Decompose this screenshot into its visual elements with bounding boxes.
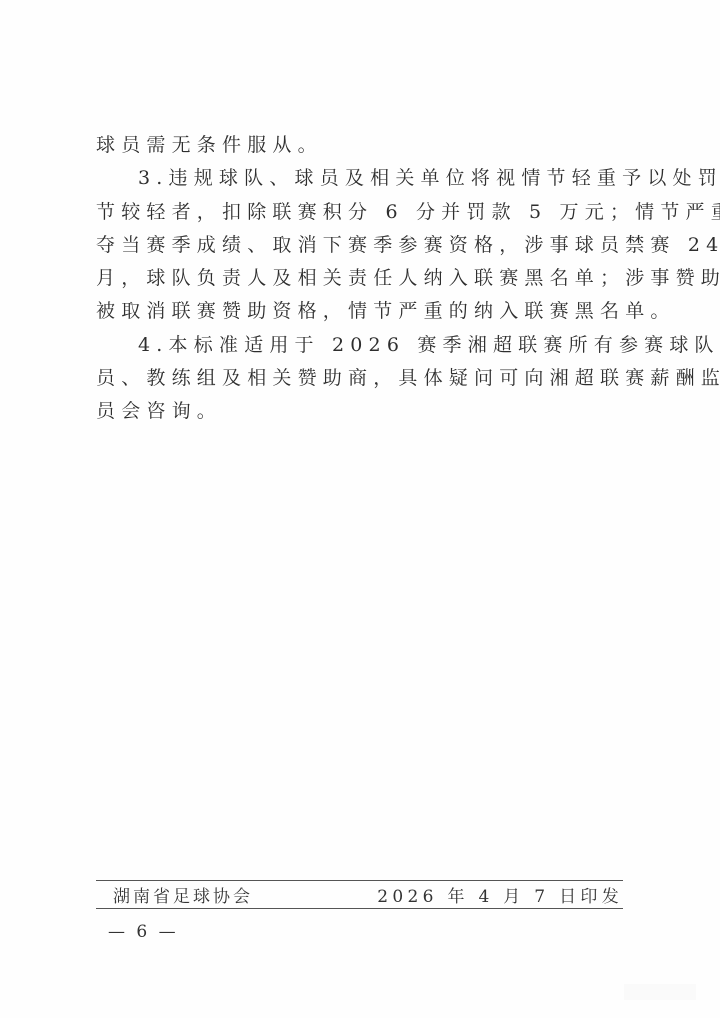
paragraph-item-3-line: 被取消联赛赞助资格，情节严重的纳入联赛黑名单。 bbox=[96, 295, 624, 328]
page-number: — 6 — bbox=[108, 921, 179, 943]
paragraph-item-4-line: 4.本标准适用于 2026 赛季湘超联赛所有参赛球队、球 bbox=[96, 329, 624, 362]
document-body: 球员需无条件服从。 3.违规球队、球员及相关单位将视情节轻重予以处罚：情 节较轻… bbox=[96, 129, 624, 429]
document-page: 球员需无条件服从。 3.违规球队、球员及相关单位将视情节轻重予以处罚：情 节较轻… bbox=[0, 0, 720, 1018]
paragraph-continuation-line: 球员需无条件服从。 bbox=[96, 129, 624, 162]
paragraph-item-3-line: 3.违规球队、球员及相关单位将视情节轻重予以处罚：情 bbox=[96, 162, 624, 195]
footer-issuer: 湖南省足球协会 bbox=[113, 886, 253, 908]
paragraph-item-3-line: 节较轻者，扣除联赛积分 6 分并罚款 5 万元；情节严重者，剥 bbox=[96, 196, 624, 229]
paragraph-item-3-line: 月，球队负责人及相关责任人纳入联赛黑名单；涉事赞助商将 bbox=[96, 262, 624, 295]
paragraph-item-3-line: 夺当赛季成绩、取消下赛季参赛资格，涉事球员禁赛 24 个 bbox=[96, 229, 624, 262]
footer-bottom-rule bbox=[96, 908, 623, 909]
watermark bbox=[624, 984, 696, 1000]
paragraph-item-4-line: 员、教练组及相关赞助商，具体疑问可向湘超联赛薪酬监管委 bbox=[96, 362, 624, 395]
paragraph-item-4-line: 员会咨询。 bbox=[96, 395, 624, 428]
footer-top-rule bbox=[96, 880, 623, 881]
footer-issue-date: 2026 年 4 月 7 日印发 bbox=[377, 886, 623, 908]
